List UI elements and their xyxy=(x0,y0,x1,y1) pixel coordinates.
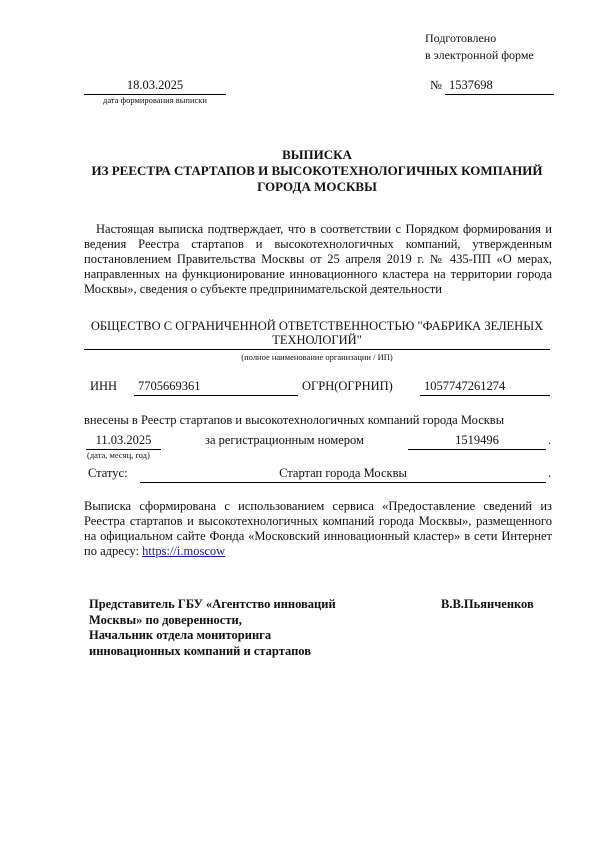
signatory-line-4: инновационных компаний и стартапов xyxy=(89,644,336,660)
title-line-2: ИЗ РЕЕСТРА СТАРТАПОВ И ВЫСОКОТЕХНОЛОГИЧН… xyxy=(84,163,550,179)
signatory-line-3: Начальник отдела мониторинга xyxy=(89,628,336,644)
extract-date: 18.03.2025 xyxy=(84,78,226,95)
extract-number-label: № xyxy=(430,78,442,93)
organization-name: ОБЩЕСТВО С ОГРАНИЧЕННОЙ ОТВЕТСТВЕННОСТЬЮ… xyxy=(84,319,550,350)
registry-entered-text: внесены в Реестр стартапов и высокотехно… xyxy=(84,413,504,428)
signer-name: В.В.Пьянченков xyxy=(441,597,534,612)
signatory-position: Представитель ГБУ «Агентство инноваций М… xyxy=(89,597,336,659)
inn-label: ИНН xyxy=(90,379,117,394)
registration-number: 1519496 xyxy=(408,433,546,450)
prepared-electronically-note: Подготовлено в электронной форме xyxy=(425,30,534,64)
registration-date-caption: (дата, месяц, год) xyxy=(87,450,150,460)
period-mark: . xyxy=(548,466,551,481)
extract-date-caption: дата формирования выписки xyxy=(84,95,226,105)
document-title: ВЫПИСКА ИЗ РЕЕСТРА СТАРТАПОВ И ВЫСОКОТЕХ… xyxy=(84,147,550,195)
ogrn-label: ОГРН(ОГРНИП) xyxy=(302,379,393,394)
status-value: Стартап города Москвы xyxy=(140,466,546,483)
ogrn-value: 1057747261274 xyxy=(420,379,550,396)
organization-name-caption: (полное наименование организации / ИП) xyxy=(84,352,550,362)
title-line-1: ВЫПИСКА xyxy=(84,147,550,163)
extract-number: 1537698 xyxy=(445,78,554,95)
status-label: Статус: xyxy=(88,466,128,481)
signatory-line-2: Москвы» по доверенности, xyxy=(89,613,336,629)
registration-number-label: за регистрационным номером xyxy=(205,433,364,448)
title-line-3: ГОРОДА МОСКВЫ xyxy=(84,179,550,195)
prepared-line-1: Подготовлено xyxy=(425,30,534,47)
registration-date: 11.03.2025 xyxy=(86,433,161,450)
inn-value: 7705669361 xyxy=(134,379,298,396)
service-paragraph: Выписка сформирована с использованием се… xyxy=(84,499,552,559)
prepared-line-2: в электронной форме xyxy=(425,47,534,64)
intro-paragraph: Настоящая выписка подтверждает, что в со… xyxy=(84,222,552,297)
signatory-line-1: Представитель ГБУ «Агентство инноваций xyxy=(89,597,336,613)
i-moscow-link[interactable]: https://i.moscow xyxy=(142,544,225,558)
period-mark: . xyxy=(548,433,551,448)
